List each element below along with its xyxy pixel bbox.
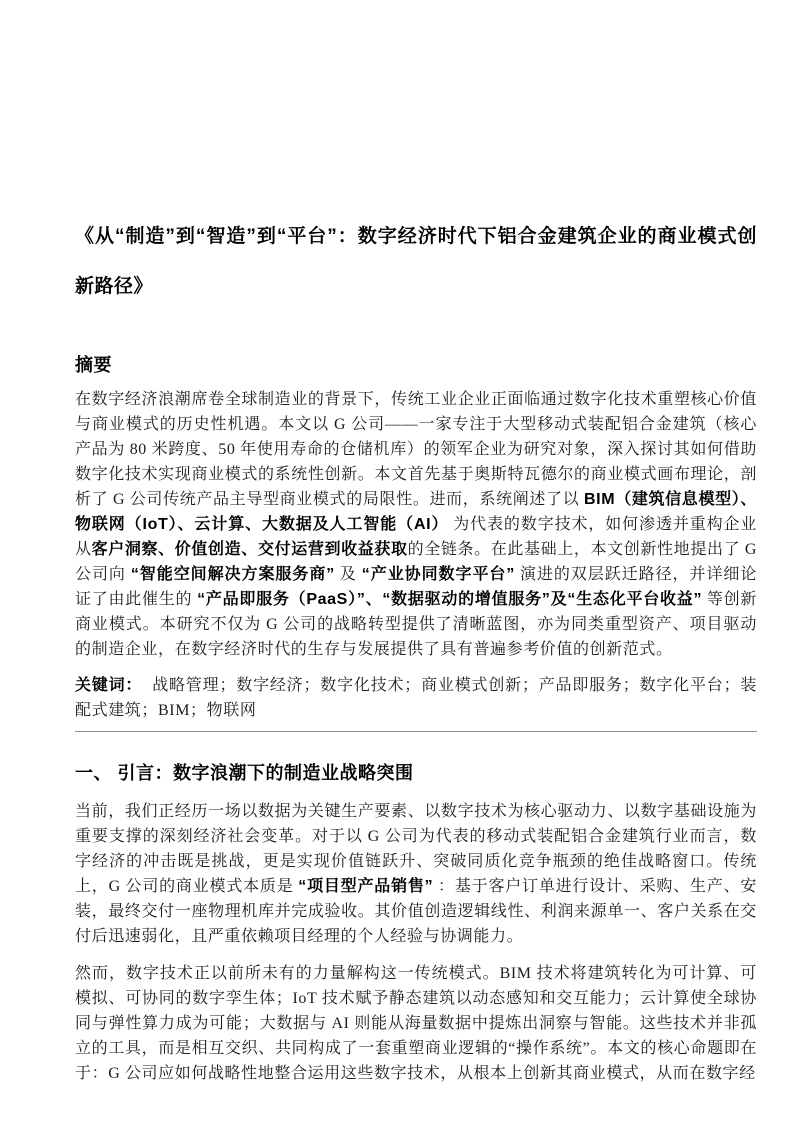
bold-text-run: “智能空间解决方案服务商” <box>131 566 335 583</box>
text-run: 然而，数字技术正以前所未有的力量解构这一传统模式。BIM 技术将建筑转化为可计算… <box>75 965 757 1082</box>
document-title: 《从“制造”到“智造”到“平台”：数字经济时代下铝合金建筑企业的商业模式创新路径… <box>75 212 757 312</box>
keywords-text: 战略管理；数字经济；数字化技术；商业模式创新；产品即服务；数字化平台；装配式建筑… <box>75 677 757 719</box>
intro-paragraph-1: 当前，我们正经历一场以数据为关键生产要素、以数字技术为核心驱动力、以数字基础设施… <box>75 799 757 949</box>
bold-text-run: “产业协同数字平台” <box>362 566 515 583</box>
text-run: 及 <box>335 566 362 583</box>
abstract-heading: 摘要 <box>75 352 757 378</box>
bold-text-run: “产品即服务（PaaS）”、“数据驱动的增值服务”及“生态化平台收益” <box>197 591 702 608</box>
keywords-line: 关键词：战略管理；数字经济；数字化技术；商业模式创新；产品即服务；数字化平台；装… <box>75 673 757 723</box>
keywords-label: 关键词： <box>75 677 152 694</box>
bold-text-run: “项目型产品销售” <box>298 878 433 895</box>
abstract-paragraph: 在数字经济浪潮席卷全球制造业的背景下，传统工业企业正面临通过数字化技术重塑核心价… <box>75 387 757 662</box>
intro-paragraph-2: 然而，数字技术正以前所未有的力量解构这一传统模式。BIM 技术将建筑转化为可计算… <box>75 961 757 1086</box>
document-page: 《从“制造”到“智造”到“平台”：数字经济时代下铝合金建筑企业的商业模式创新路径… <box>0 0 793 1122</box>
section-divider <box>75 731 757 732</box>
bold-text-run: 客户洞察、价值创造、交付运营到收益获取 <box>92 541 408 558</box>
section-1-heading: 一、 引言：数字浪潮下的制造业战略突围 <box>75 760 757 786</box>
